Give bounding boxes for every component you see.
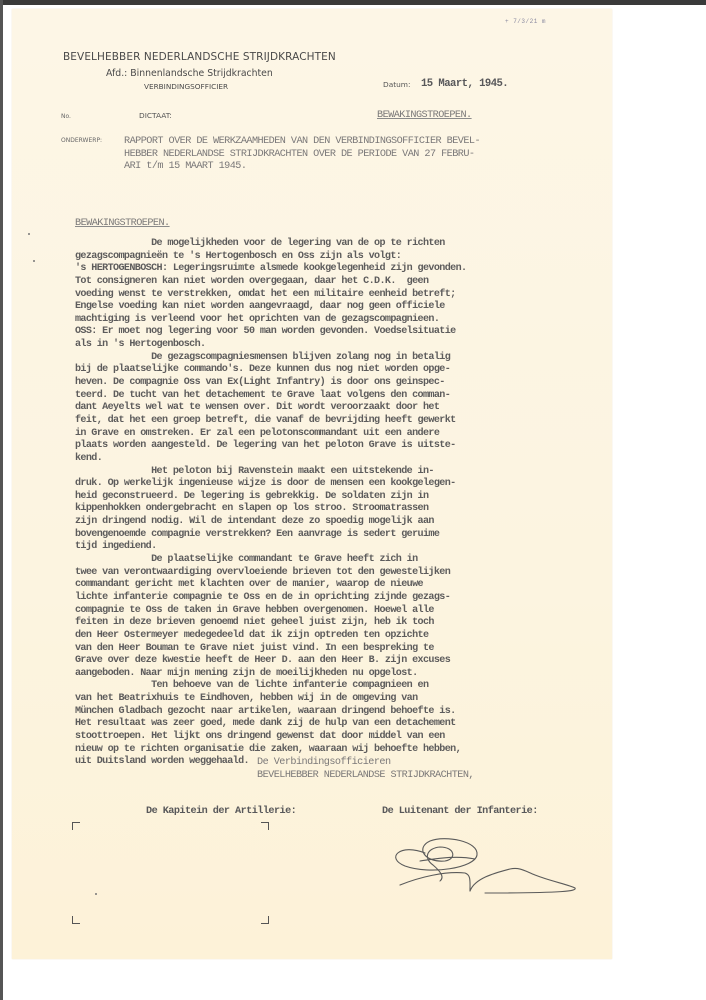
body-line: bij de plaatselijke commando's. Deze kun…: [75, 364, 575, 377]
section-heading: BEWAKINGSTROEPEN.: [75, 218, 170, 231]
body-line: machtiging is verleend voor het oprichte…: [75, 314, 575, 327]
body-line: heven. De compagnie Oss van Ex(Light Inf…: [75, 377, 575, 390]
subject-line-1: RAPPORT OVER DE WERKZAAMHEDEN VAN DEN VE…: [124, 136, 480, 149]
body-line: De plaatselijke commandant te Grave heef…: [75, 554, 575, 567]
signatory-left: De Kapitein der Artillerie:: [146, 806, 296, 819]
body-line: lichte infanterie compagnie te Oss en de…: [75, 592, 575, 605]
scan-speck: [95, 893, 97, 895]
scan-speck: [33, 260, 35, 262]
body-line: aangeboden. Naar mijn mening zijn de moe…: [75, 668, 575, 681]
body-line: Grave over deze kwestie heeft de Heer D.…: [75, 655, 575, 668]
body-line: den Heer Ostermeyer medegedeeld dat ik z…: [75, 630, 575, 643]
body-line: OSS: Er moet nog legering voor 50 man wo…: [75, 326, 575, 339]
handwritten-signature-icon: [385, 833, 585, 903]
report-body: De mogelijkheden voor de legering van de…: [75, 238, 575, 769]
body-line: heid geconstrueerd. De legering is gebre…: [75, 491, 575, 504]
body-line: Ten behoeve van de lichte infanterie com…: [75, 680, 575, 693]
body-line: gezagscompagnieën te 's Hertogenbosch en…: [75, 251, 575, 264]
subject-line-2: HEBBER NEDERLANDSE STRIJDKRACHTEN OVER D…: [124, 149, 475, 162]
letterhead-office: VERBINDINGSOFFICIER: [144, 82, 228, 91]
datum-label: Datum:: [383, 80, 411, 89]
body-line: Het resultaat was zeer goed, mede dank z…: [75, 718, 575, 731]
body-line: Het peloton bij Ravenstein maakt een uit…: [75, 466, 575, 479]
body-line: München Gladbach gezocht naar artikelen,…: [75, 706, 575, 719]
body-line: twee van verontwaardiging overvloeiende …: [75, 567, 575, 580]
body-line: 's HERTOGENBOSCH: Legeringsruimte alsmed…: [75, 263, 575, 276]
body-line: Tot consigneren kan niet worden overgega…: [75, 276, 575, 289]
body-line: druk. Op werkelijk ingenieuse wijze is d…: [75, 478, 575, 491]
document-date: 15 Maart, 1945.: [421, 78, 508, 91]
body-line: dant Aeyelts wel wat te wensen over. Dit…: [75, 402, 575, 415]
body-line: nieuw op te richten organisatie die zake…: [75, 744, 575, 757]
letterhead-title: BEVELHEBBER NEDERLANDSCHE STRIJDKRACHTEN: [63, 51, 336, 63]
body-line: commandant gericht met klachten over de …: [75, 579, 575, 592]
body-line: zijn dringend nodig. Wil de intendant de…: [75, 516, 575, 529]
body-line: van het Beatrixhuis te Eindhoven, hebben…: [75, 693, 575, 706]
body-line: De gezagscompagniesmensen blijven zolang…: [75, 352, 575, 365]
dictaat-label: DICTAAT:: [139, 111, 172, 120]
signature-box-corner-br: [261, 916, 269, 924]
body-line: bovengenoemde compagnie verstrekken? Een…: [75, 529, 575, 542]
letterhead-department: Afd.: Binnenlandsche Strijdkrachten: [106, 68, 273, 79]
body-line: als in 's Hertogenbosch.: [75, 339, 575, 352]
body-line: De mogelijkheden voor de legering van de…: [75, 238, 575, 251]
body-line: kend.: [75, 453, 575, 466]
signature-box-corner-bl: [72, 916, 80, 924]
onderwerp-label: ONDERWERP:: [61, 137, 102, 144]
scan-speck: [28, 233, 30, 235]
signatory-right: De Luitenant der Infanterie:: [382, 806, 538, 819]
body-line: in Grave en omstreken. Er zal een peloto…: [75, 428, 575, 441]
body-line: Engelse voeding kan niet worden aangevra…: [75, 301, 575, 314]
archive-number: + 7/3/21 m: [505, 18, 546, 25]
no-label: No.: [61, 113, 71, 120]
body-line: compagnie te Oss de taken in Grave hebbe…: [75, 605, 575, 618]
scan-top-edge: [0, 0, 706, 5]
signature-box-corner-tl: [72, 822, 80, 830]
body-line: van den Heer Bouman te Grave niet juist …: [75, 643, 575, 656]
closing-line-1: De Verbindingsofficieren: [257, 757, 391, 770]
body-line: feiten in deze brieven genoemd niet gehe…: [75, 617, 575, 630]
body-line: feit, dat het een groep betreft, die van…: [75, 415, 575, 428]
body-line: stoottroepen. Het lijkt ons dringend gew…: [75, 731, 575, 744]
body-line: tijd ingediend.: [75, 541, 575, 554]
body-line: teerd. De tucht van het detachement te G…: [75, 390, 575, 403]
closing-line-2: BEVELHEBBER NEDERLANDSE STRIJDKRACHTEN,: [257, 770, 474, 783]
body-line: kippenhokken ondergebracht en slapen op …: [75, 503, 575, 516]
signature-box-corner-tr: [261, 822, 269, 830]
reference-heading: BEWAKINGSTROEPEN.: [377, 110, 472, 123]
scan-left-edge: [0, 0, 3, 1000]
body-line: plaats worden aangesteld. De legering va…: [75, 440, 575, 453]
body-line: voeding wenst te verstrekken, omdat het …: [75, 289, 575, 302]
subject-line-3: ARI t/m 15 MAART 1945.: [124, 161, 246, 174]
